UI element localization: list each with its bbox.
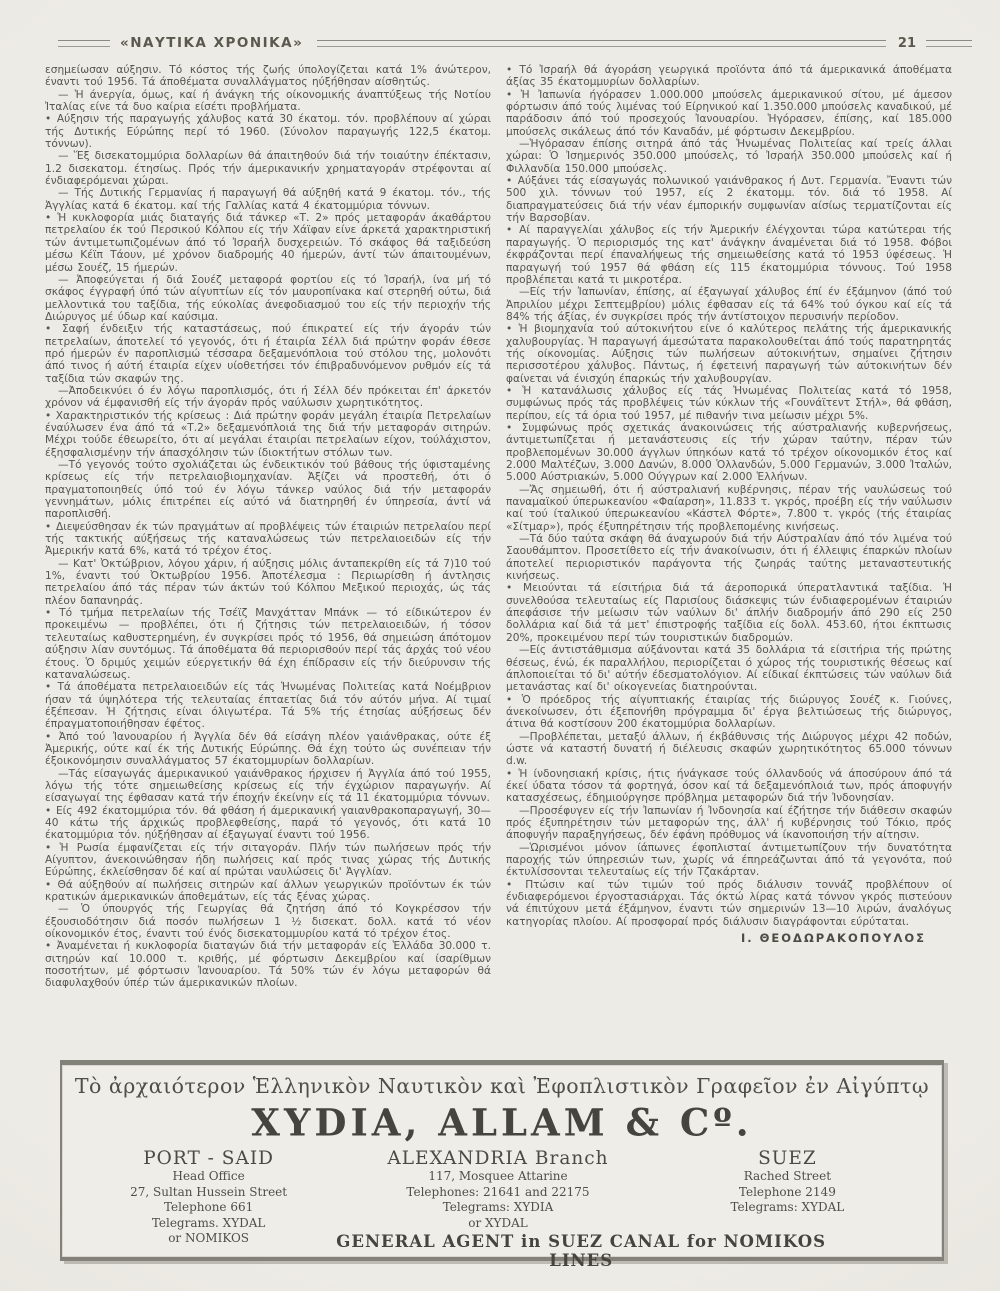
page-number: 21: [898, 36, 916, 51]
left-column: εσημείωσαν αύξησιν. Τό κόστος τής ζωής ύ…: [45, 64, 491, 1050]
paragraph: • Χαρακτηριστικόν τής κρίσεως : Διά πρώτ…: [45, 410, 491, 459]
paragraph: —Ἀποδεικνύει ό έν λόγω παροπλισμός, ότι …: [45, 385, 491, 410]
ad-office-line: or NOMIKOS: [80, 1231, 337, 1247]
paragraph: • Αύξάνει τάς είσαγωγάς πολωνικού γαιάνθ…: [506, 175, 952, 224]
paragraph: • Ἡ κυκλοφορία μιάς διαταγής διά τάνκερ …: [45, 212, 491, 274]
paragraph: —Προβλέπεται, μεταξύ άλλων, ή έκβάθυνσις…: [506, 731, 952, 768]
paragraph: —Ἡγόρασαν έπίσης σιτηρά άπό τάς Ἡνωμένας…: [506, 138, 952, 175]
paragraph: εσημείωσαν αύξησιν. Τό κόστος τής ζωής ύ…: [45, 64, 491, 89]
paragraph: • Συμφώνως πρός σχετικάς άνακοινώσεις τή…: [506, 422, 952, 484]
paragraph: • Θά αύξηθούν αί πωλήσεις σιτηρών καί άλ…: [45, 879, 491, 904]
paragraph: • Πτώσιν καί τών τιμών τού πρός διάλυσιν…: [506, 879, 952, 928]
paragraph: • Ἡ Ρωσία έμφανίζεται είς τήν σιταγοράν.…: [45, 842, 491, 879]
ad-office-details: 117, Mosquee AttarineTelephones: 21641 a…: [337, 1169, 659, 1231]
page-header: «ΝΑΥΤΙΚΑ ΧΡΟΝΙΚΑ» 21: [0, 0, 1000, 56]
header-rule-middle: [317, 40, 886, 47]
ad-office-line: Head Office: [80, 1169, 337, 1185]
paragraph: —Τάς είσαγωγάς άμερικανικού γαιάνθρακος …: [45, 768, 491, 805]
ad-office-line: Telephone 2149: [659, 1185, 916, 1201]
paragraph: • Ἡ βιομηχανία τού αύτοκινήτου είνε ό κα…: [506, 323, 952, 385]
ad-office-line: Telegrams. XYDAL: [80, 1216, 337, 1232]
left-column-paragraphs: εσημείωσαν αύξησιν. Τό κόστος τής ζωής ύ…: [45, 64, 491, 990]
paragraph: • Αύξησιν τής παραγωγής χάλυβος κατά 30 …: [45, 113, 491, 150]
author-signature: Ι. ΘΕΟΔΩΡΑΚΟΠΟΥΛΟΣ: [506, 931, 926, 945]
paragraph: • Ἀναμένεται ή κυκλοφορία διαταγών διά τ…: [45, 940, 491, 989]
ad-office-details: Rached StreetTelephone 2149Telegrams: XY…: [659, 1169, 916, 1216]
ad-office-line: Rached Street: [659, 1169, 916, 1185]
ad-office-line: Telegrams: XYDIA: [337, 1200, 659, 1216]
paragraph: • Ἡ ίνδονησιακή κρίσις, ήτις ήνάγκασε το…: [506, 768, 952, 805]
ad-office-line: Telephones: 21641 and 22175: [337, 1185, 659, 1201]
ad-office-title: SUEZ: [659, 1148, 916, 1169]
paragraph: —Τό γεγονός τούτο σχολιάζεται ώς ένδεικτ…: [45, 459, 491, 521]
paragraph: — Κατ' Ὀκτώβριον, λόγου χάριν, ή αύξησις…: [45, 558, 491, 607]
paragraph: —Τά δύο ταύτα σκάφη θά άναχωρούν διά τήν…: [506, 533, 952, 582]
paragraph: • Είς 492 έκατομμύρια τόν. θά φθάση ή άμ…: [45, 805, 491, 842]
ad-company-name: XYDIA, ALLAM & Cº.: [62, 1100, 942, 1145]
paragraph: — Ἡ άνεργία, όμως, καί ή άνάγκη τής οίκο…: [45, 89, 491, 114]
paragraph: —Ὡρισμένοι μόνον ίάπωνες έφοπλισταί άντι…: [506, 842, 952, 879]
paragraph: • Τό τμήμα πετρελαίων τής Τσέϊζ Μανχάττα…: [45, 607, 491, 681]
paragraph: —Είς άντιστάθμισμα αύξάνονται κατά 35 δο…: [506, 644, 952, 693]
ad-office-title: PORT - SAID: [80, 1148, 337, 1169]
advertisement: Τὸ ἀρχαιότερον Ἑλληνικὸν Ναυτικὸν καὶ Ἐφ…: [60, 1060, 944, 1261]
header-rule-right: [926, 40, 972, 47]
paragraph: — Τής Δυτικής Γερμανίας ή παραγωγή θά αύ…: [45, 187, 491, 212]
paragraph: • Τά άποθέματα πετρελαιοειδών είς τάς Ἡν…: [45, 681, 491, 730]
ad-office-line: 27, Sultan Hussein Street: [80, 1185, 337, 1201]
paragraph: • Σαφή ένδειξιν τής καταστάσεως, πού έπι…: [45, 323, 491, 385]
paragraph: — Ἕξ δισεκατομμύρια δολλαρίων θά άπαιτηθ…: [45, 150, 491, 187]
paragraph: • Ἡ Ἰαπωνία ήγόρασεν 1.000.000 μπούσελς …: [506, 89, 952, 138]
paragraph: • Ἡ κατανάλωσις χάλυβος είς τάς Ἡνωμένας…: [506, 385, 952, 422]
ad-tagline: Τὸ ἀρχαιότερον Ἑλληνικὸν Ναυτικὸν καὶ Ἐφ…: [72, 1074, 932, 1098]
paragraph: —Είς τήν Ἰαπωνίαν, έπίσης, αί έξαγωγαί χ…: [506, 286, 952, 323]
paragraph: • Ἀπό τού Ἰανουαρίου ή Ἀγγλία δέν θά είσ…: [45, 731, 491, 768]
ad-office-port-said: PORT - SAID Head Office27, Sultan Hussei…: [80, 1148, 337, 1247]
right-column: • Τό Ἰσραήλ θά άγοράση γεωργικά προϊόντα…: [506, 64, 952, 1050]
ad-office-line: 117, Mosquee Attarine: [337, 1169, 659, 1185]
ad-office-line: Telephone 661: [80, 1200, 337, 1216]
masthead-title: «ΝΑΥΤΙΚΑ ΧΡΟΝΙΚΑ»: [120, 35, 303, 51]
ad-office-line: or XYDAL: [337, 1216, 659, 1232]
right-column-paragraphs: • Τό Ἰσραήλ θά άγοράση γεωργικά προϊόντα…: [506, 64, 952, 928]
paragraph: — Ἀποφεύγεται ή διά Σουέζ μεταφορά φορτί…: [45, 274, 491, 323]
ad-office-line: Telegrams: XYDAL: [659, 1200, 916, 1216]
article-body: εσημείωσαν αύξησιν. Τό κόστος τής ζωής ύ…: [0, 56, 1000, 1050]
paragraph: • Μειούνται τά είσιτήρια διά τά άεροπορι…: [506, 582, 952, 644]
ad-office-title: ALEXANDRIA Branch: [337, 1148, 659, 1169]
paragraph: • Τό Ἰσραήλ θά άγοράση γεωργικά προϊόντα…: [506, 64, 952, 89]
ad-general-agent-line: GENERAL AGENT in SUEZ CANAL for NOMIKOS …: [317, 1232, 845, 1270]
header-rule-left: [58, 40, 110, 47]
paragraph: —Ἄς σημειωθή, ότι ή αύστραλιανή κυβέρνησ…: [506, 484, 952, 533]
ad-office-details: Head Office27, Sultan Hussein StreetTele…: [80, 1169, 337, 1247]
paragraph: — Ὁ ύπουργός τής Γεωργίας θά ζητήση άπό …: [45, 903, 491, 940]
paragraph: • Διεψεύσθησαν έκ τών πραγμάτων αί προβλ…: [45, 521, 491, 558]
paragraph: • Αί παραγγελίαι χάλυβος είς τήν Ἀμερική…: [506, 224, 952, 286]
paragraph: • Ὁ πρόεδρος τής αίγυπτιακής έταιρίας τή…: [506, 694, 952, 731]
paragraph: —Προσέφυγεν είς τήν Ἰαπωνίαν ή Ἰνδονησία…: [506, 805, 952, 842]
magazine-page: «ΝΑΥΤΙΚΑ ΧΡΟΝΙΚΑ» 21 εσημείωσαν αύξησιν.…: [0, 0, 1000, 1291]
